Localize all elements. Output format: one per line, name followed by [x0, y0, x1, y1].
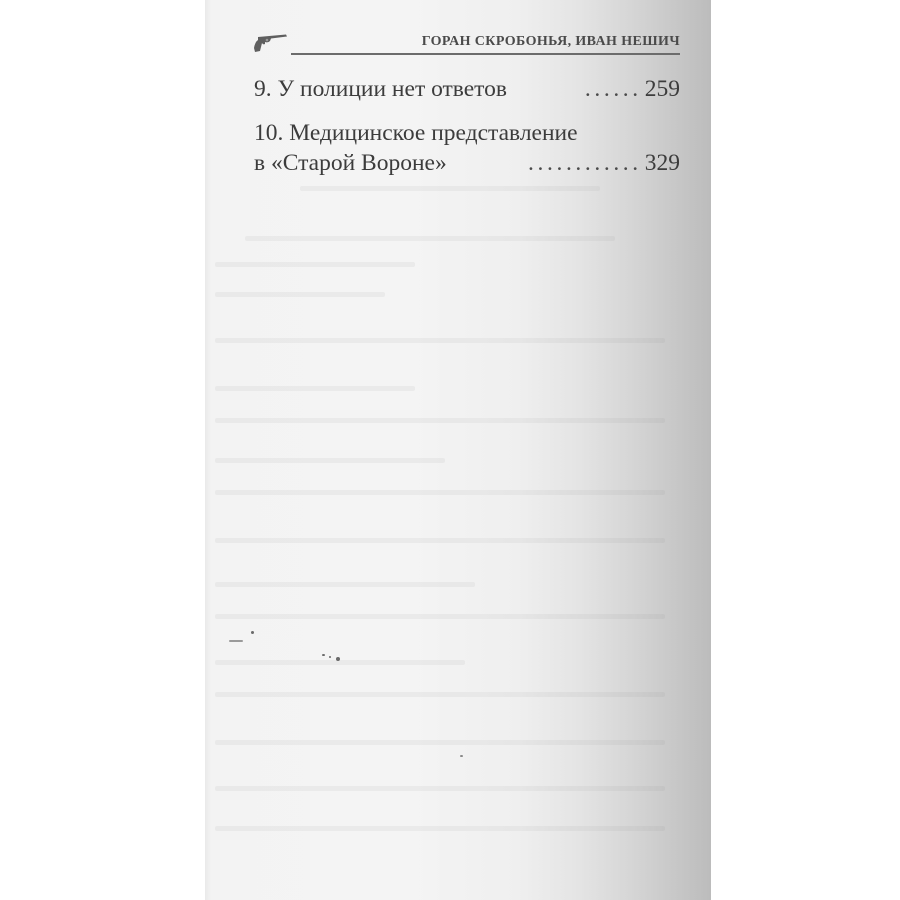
toc-title-continued: в «Старой Вороне» — [254, 148, 447, 178]
show-through-mark — [215, 660, 465, 665]
show-through-mark — [215, 490, 665, 495]
show-through-mark — [215, 458, 445, 463]
toc-entry-chapter-10: 10. Медицинское представление в «Старой … — [254, 118, 680, 178]
show-through-mark — [215, 538, 665, 543]
toc-dot-leader: ...... — [507, 74, 642, 104]
toc-line: в «Старой Вороне» ............ 329 — [254, 148, 680, 178]
running-head: ГОРАН СКРОБОНЬЯ, ИВАН НЕШИЧ — [252, 29, 680, 59]
toc-dot-leader: ............ — [447, 148, 642, 178]
dust-speck — [460, 755, 463, 757]
dust-speck — [336, 657, 340, 661]
show-through-mark — [215, 292, 385, 297]
running-head-rule — [291, 53, 680, 55]
dust-speck — [251, 631, 254, 634]
show-through-mark — [215, 614, 665, 619]
toc-entry-chapter-9: 9. У полиции нет ответов ...... 259 — [254, 74, 680, 104]
toc-line: 9. У полиции нет ответов ...... 259 — [254, 74, 680, 104]
show-through-mark — [245, 236, 615, 241]
toc-title: 10. Медицинское представление — [254, 118, 578, 148]
dust-speck — [329, 656, 331, 658]
dust-speck — [229, 640, 243, 642]
show-through-mark — [215, 692, 665, 697]
show-through-mark — [215, 740, 665, 745]
book-page: ГОРАН СКРОБОНЬЯ, ИВАН НЕШИЧ 9. У полиции… — [205, 0, 711, 900]
show-through-mark — [300, 186, 600, 191]
toc-title: 9. У полиции нет ответов — [254, 74, 507, 104]
show-through-mark — [215, 418, 665, 423]
toc-page-number: 259 — [642, 74, 680, 104]
show-through-mark — [215, 338, 665, 343]
show-through-mark — [215, 786, 665, 791]
page-edge-shade — [205, 0, 211, 900]
table-of-contents: 9. У полиции нет ответов ...... 259 10. … — [254, 74, 680, 178]
dust-speck — [322, 654, 325, 656]
running-head-authors: ГОРАН СКРОБОНЬЯ, ИВАН НЕШИЧ — [422, 34, 680, 50]
show-through-mark — [215, 386, 415, 391]
toc-page-number: 329 — [642, 148, 680, 178]
show-through-mark — [215, 826, 665, 831]
toc-line: 10. Медицинское представление — [254, 118, 680, 148]
show-through-mark — [215, 582, 475, 587]
revolver-icon — [252, 31, 288, 53]
show-through-mark — [215, 262, 415, 267]
